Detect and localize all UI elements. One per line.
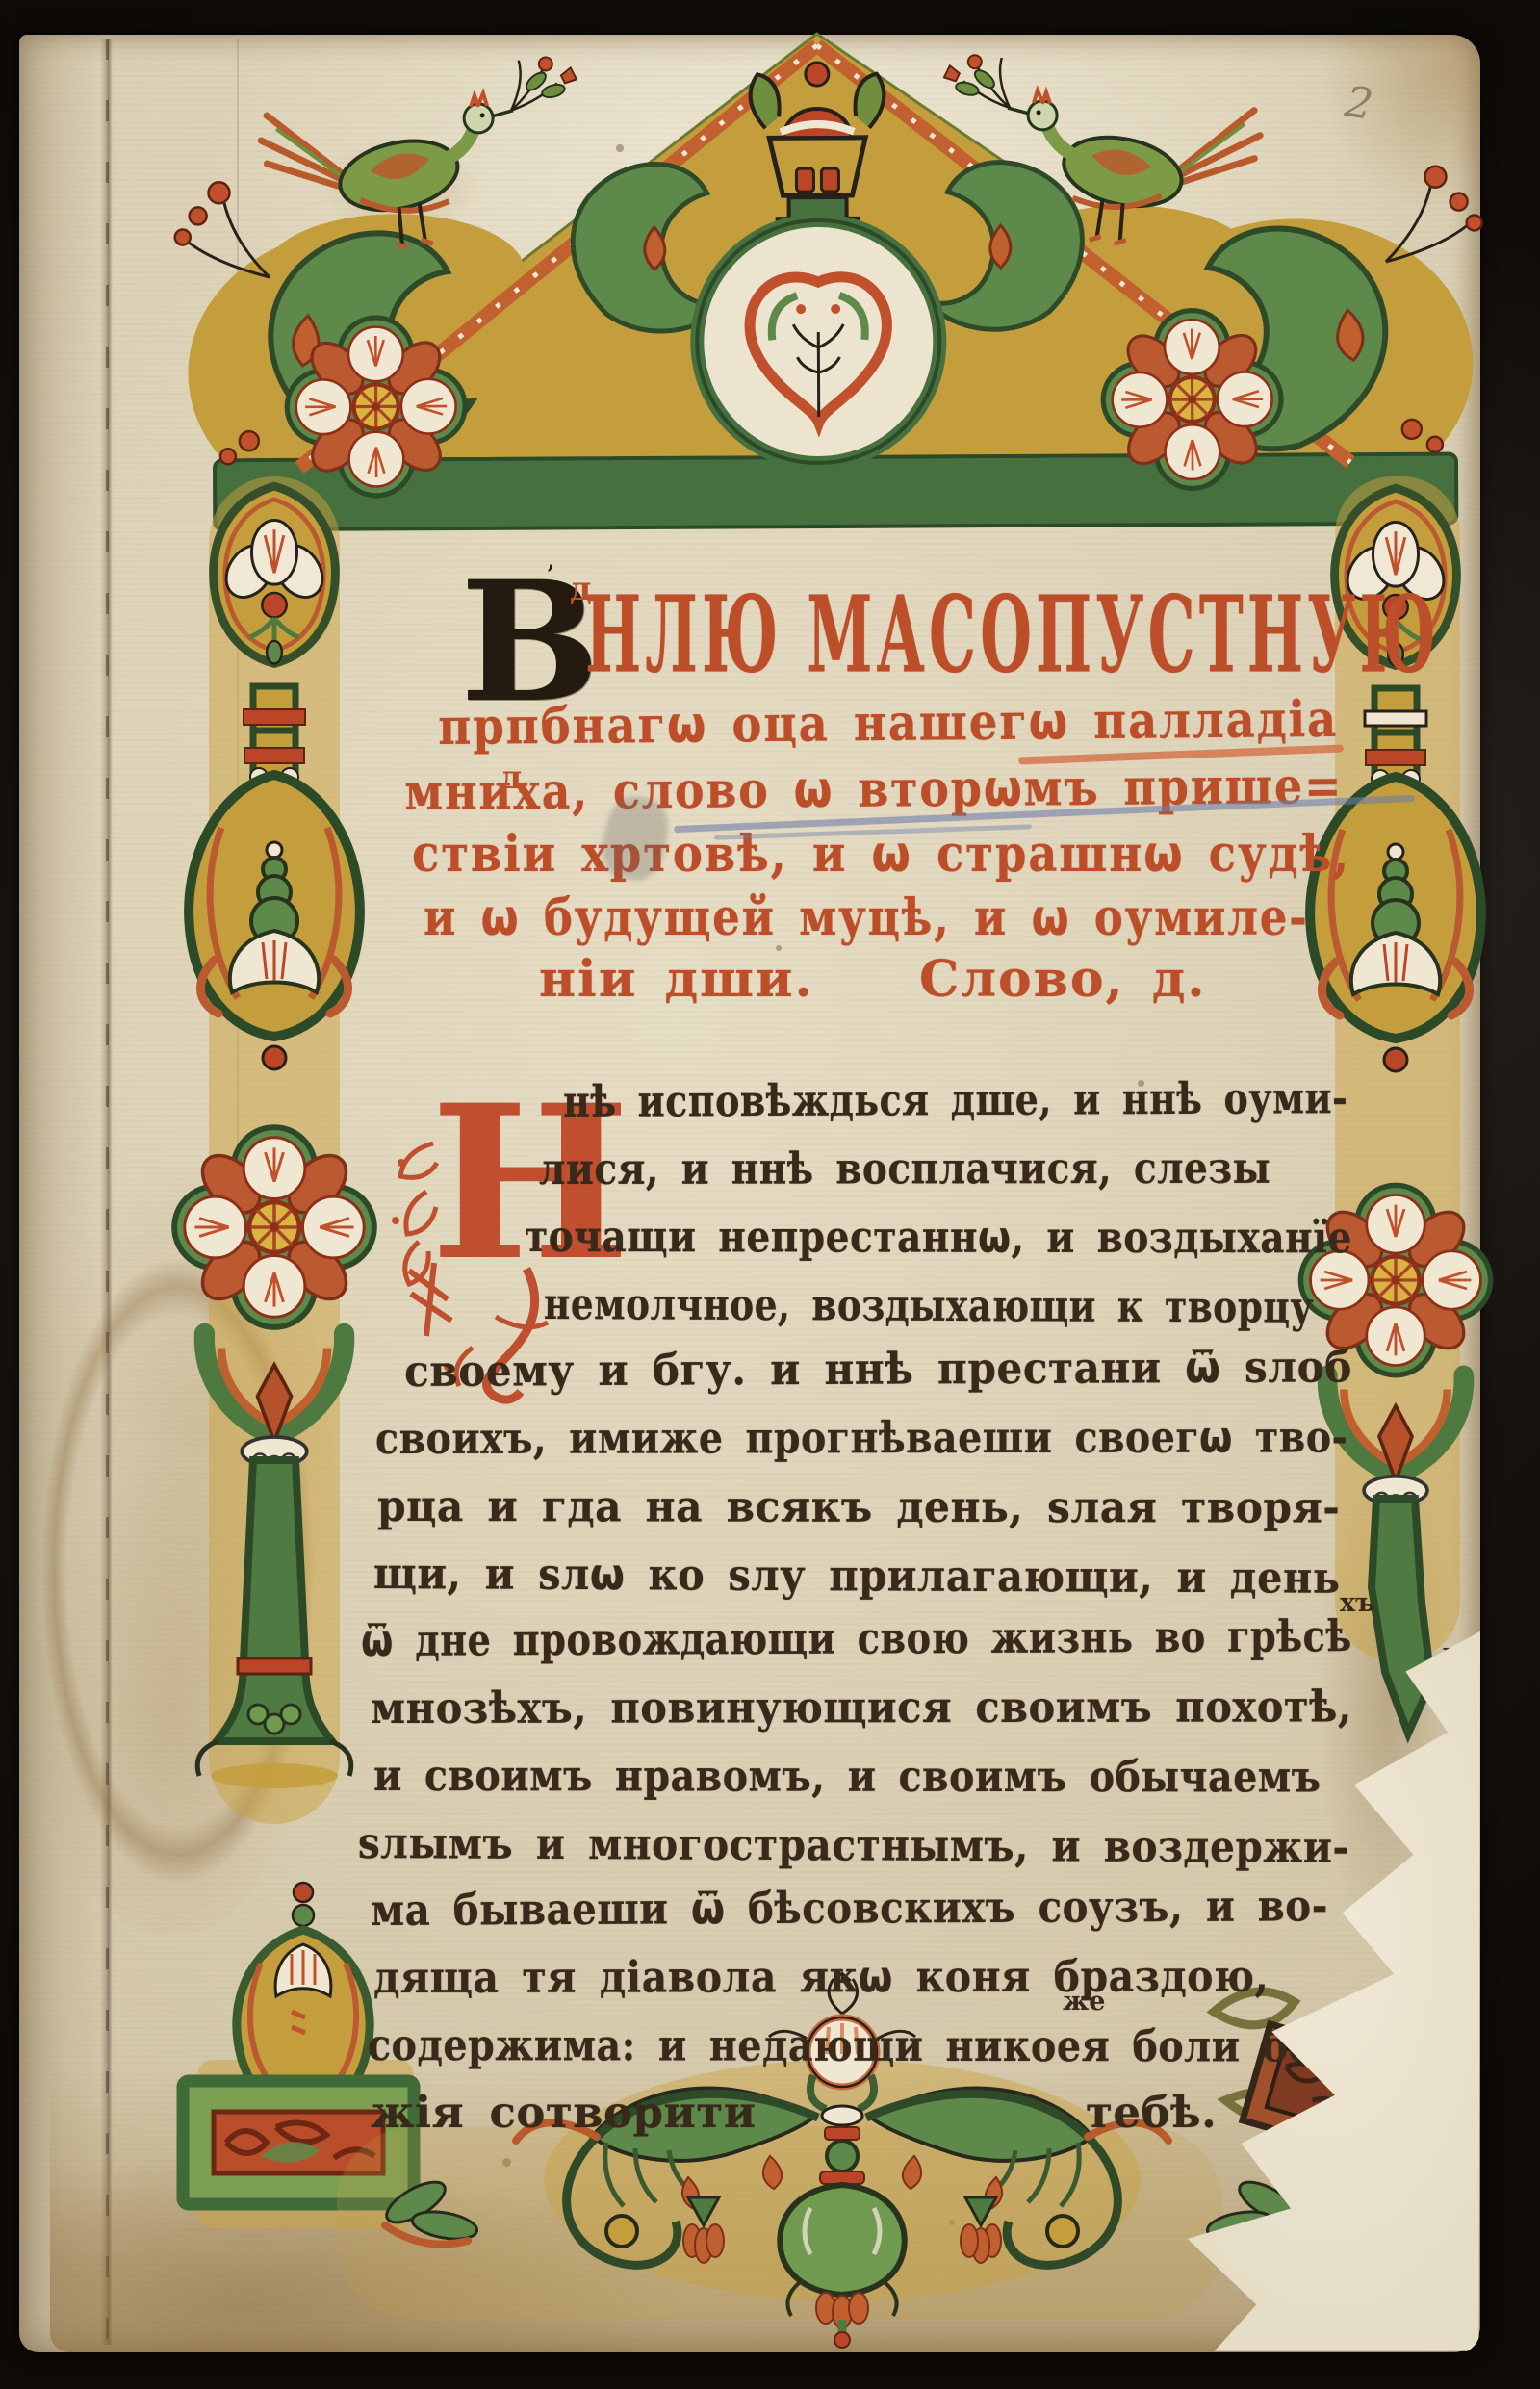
rubric-line: и ѡ будущей муцѣ, и ѡ оумиле- xyxy=(423,891,1309,945)
text-line: своихъ, имиже прогнѣваеши своегѡ тво- xyxy=(375,1415,1347,1460)
superscript-letters: хъ xyxy=(1340,1588,1375,1618)
text-line: ѿ дне провождающи свою жизнь во грѣсѣ xyxy=(361,1614,1352,1662)
text-line: ѕлымъ и многострастнымъ, и воздержи- xyxy=(358,1821,1349,1869)
text-line: щи, и ѕлѡ ко ѕлу прилагающи, и день xyxy=(373,1552,1341,1600)
rubric-line: прпбнагѡ оца нашегѡ палладіа xyxy=(438,693,1338,755)
rubric-line: ствіи хртовѣ, и ѡ страшнѡ судѣ, xyxy=(412,828,1350,882)
text-line: своему и бгу. и ннѣ престани ѿ ѕлоб xyxy=(404,1345,1352,1393)
rubric-word-slovo: Слово, д. xyxy=(919,953,1207,1007)
text-line: тебѣ. xyxy=(1086,2091,1217,2134)
title-line: нлю масопустную xyxy=(585,578,1440,692)
text-line: точащи непрестаннѡ, и воздыханїе xyxy=(525,1215,1352,1259)
text-line: рца и гда на всякъ день, ѕлая творя- xyxy=(377,1484,1340,1529)
text-line: содержима: и недающи никоея боли бо- xyxy=(368,2023,1330,2068)
text-line: немолчное, воздыхающи к творцу xyxy=(544,1282,1314,1329)
rubric-line-end: ніи дши. xyxy=(539,953,814,1007)
rubric-line: мниха, слово ѡ вторѡмъ прише= xyxy=(404,759,1344,820)
binding-seam xyxy=(100,39,115,2345)
text-line: мнозѣхъ, повинующися своимъ похотѣ, xyxy=(371,1684,1352,1730)
manuscript-photo: В ʼ д д нлю масопустную прпбнагѡ оца наш… xyxy=(0,0,1540,2389)
title-initial-sign: ʼ xyxy=(545,562,554,593)
headpiece-ornament xyxy=(153,20,1503,542)
text-line: жія сотворити xyxy=(371,2091,757,2134)
text-line: и своимъ нравомъ, и своимъ обычаемъ xyxy=(373,1754,1322,1799)
superscript-letters: же xyxy=(1063,1987,1105,2017)
left-border-ornament xyxy=(159,467,390,1882)
text-line: ма бываеши ѿ бѣсовскихъ соузъ, и во- xyxy=(371,1884,1328,1932)
book-gutter xyxy=(19,35,102,2352)
text-line: дяща тя діавола якѡ коня браздою, xyxy=(373,1955,1269,1999)
text-line: лися, и ннѣ восплачися, слезы xyxy=(539,1146,1270,1191)
text-line: нѣ исповѣждься дше, и ннѣ оуми- xyxy=(563,1076,1347,1123)
